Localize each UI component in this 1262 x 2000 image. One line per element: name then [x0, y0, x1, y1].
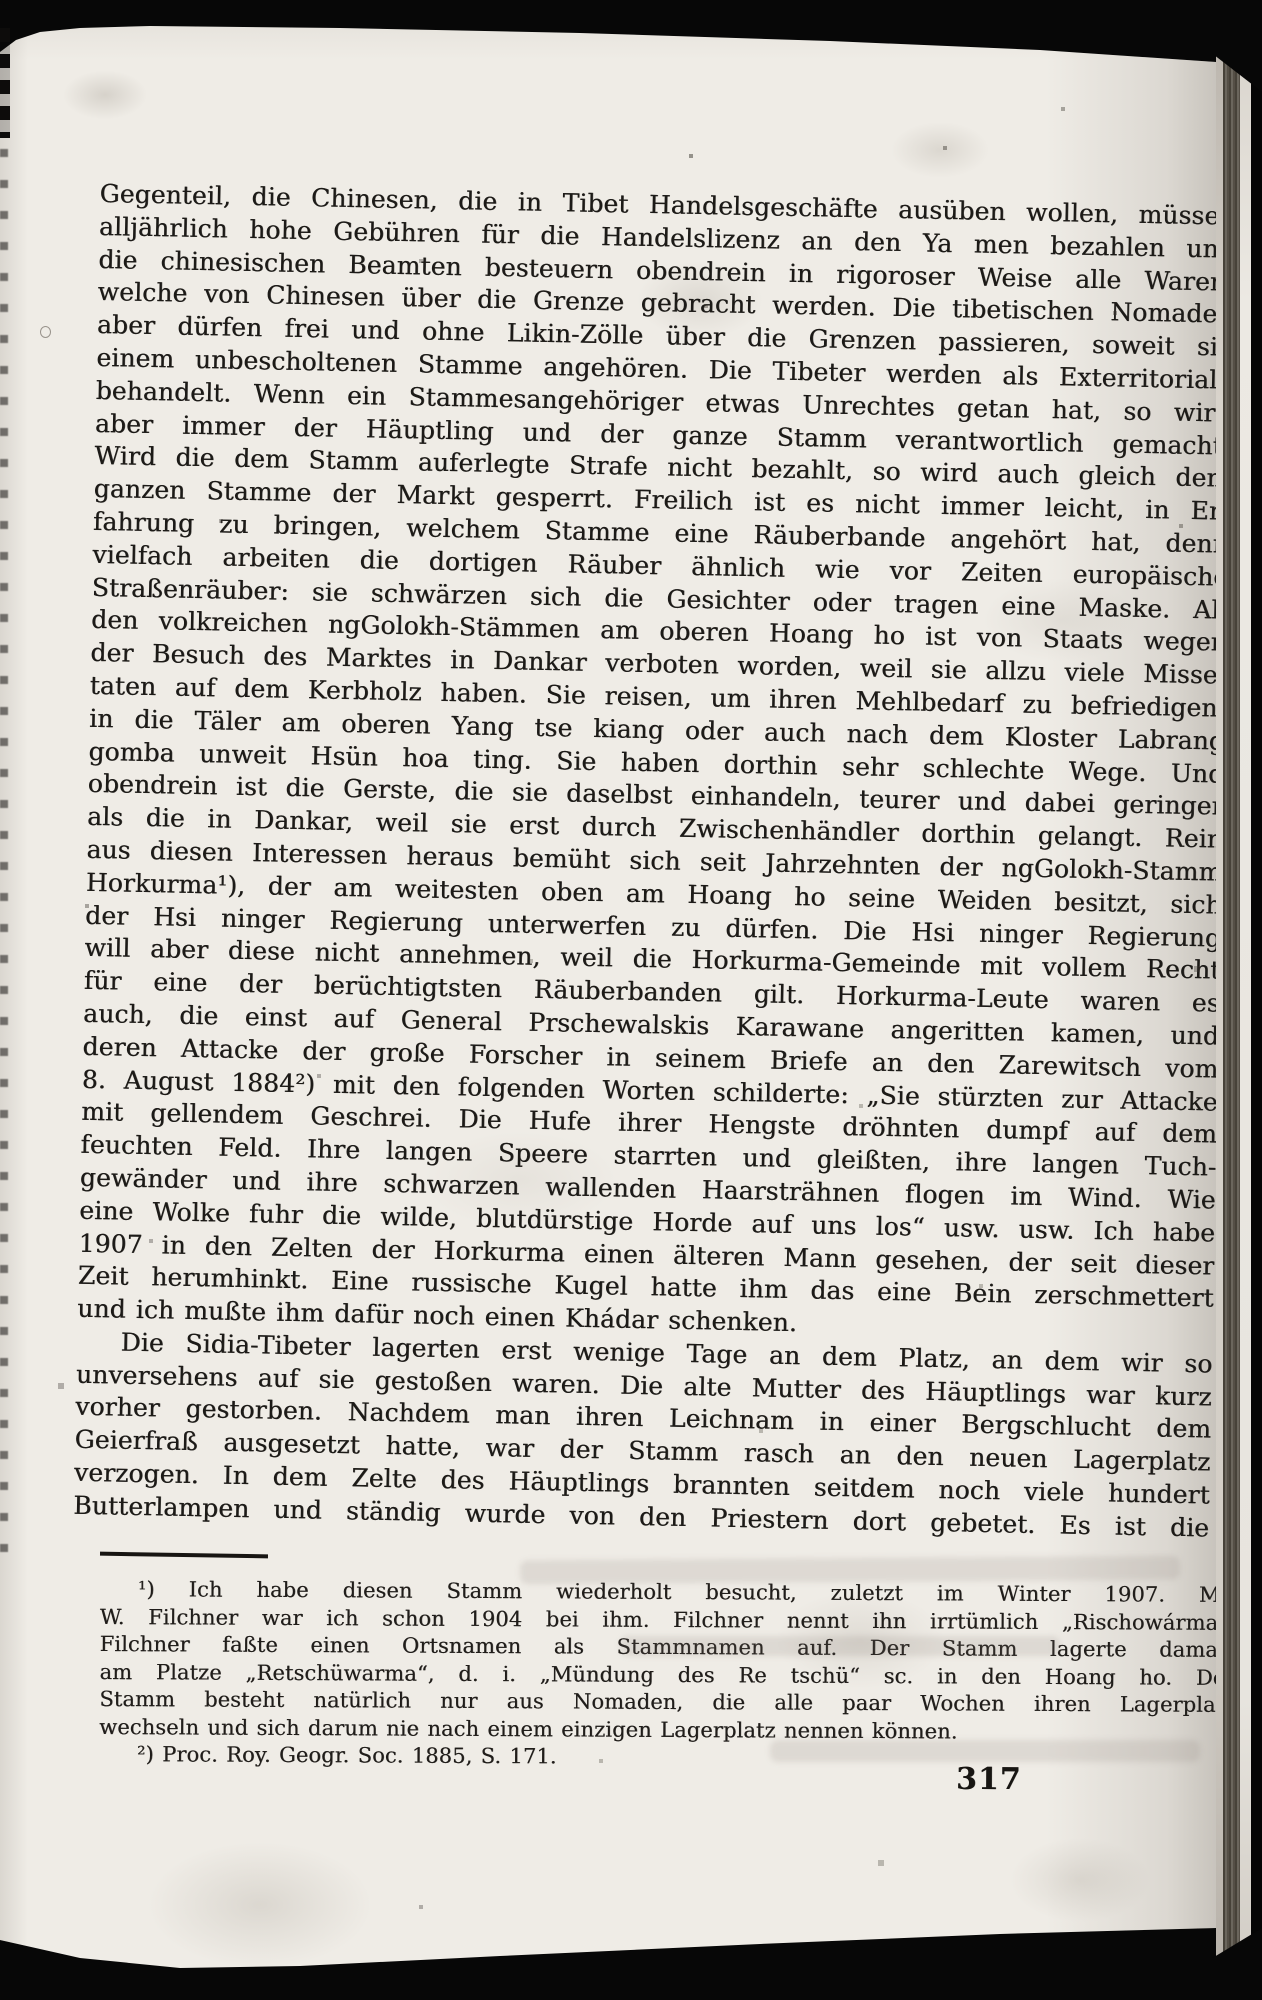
ink-bleed-ghost	[620, 1636, 1060, 1656]
left-edge-ghost-marks	[0, 140, 8, 1570]
paragraph-1: Gegenteil, die Chinesen, die in Tibet Ha…	[77, 178, 1236, 1348]
page-edge-strip-light	[1240, 0, 1251, 2000]
ink-bleed-ghost	[520, 1556, 1180, 1585]
scan-smudge	[0, 28, 10, 138]
page-number: 317	[956, 1762, 1022, 1797]
paper-speckles	[0, 0, 2, 2]
footnote-separator-rule	[100, 1552, 268, 1558]
page-edge-strip	[1216, 0, 1223, 2000]
page-edge-strip-dark	[1223, 0, 1240, 2000]
paragraph-2: Die Sidia-Tibeter lagerten erst wenige T…	[73, 1326, 1213, 1546]
book-page-scan: Gegenteil, die Chinesen, die in Tibet Ha…	[0, 0, 1262, 2000]
footnote-1: ¹) Ich habe diesen Stamm wiederholt besu…	[99, 1576, 1236, 1747]
scan-smudge	[40, 326, 51, 338]
body-text: Gegenteil, die Chinesen, die in Tibet Ha…	[73, 178, 1236, 1545]
paper-page: Gegenteil, die Chinesen, die in Tibet Ha…	[0, 0, 1216, 2000]
ink-bleed-ghost	[770, 1740, 1200, 1762]
book-edge-black	[1251, 0, 1262, 2000]
